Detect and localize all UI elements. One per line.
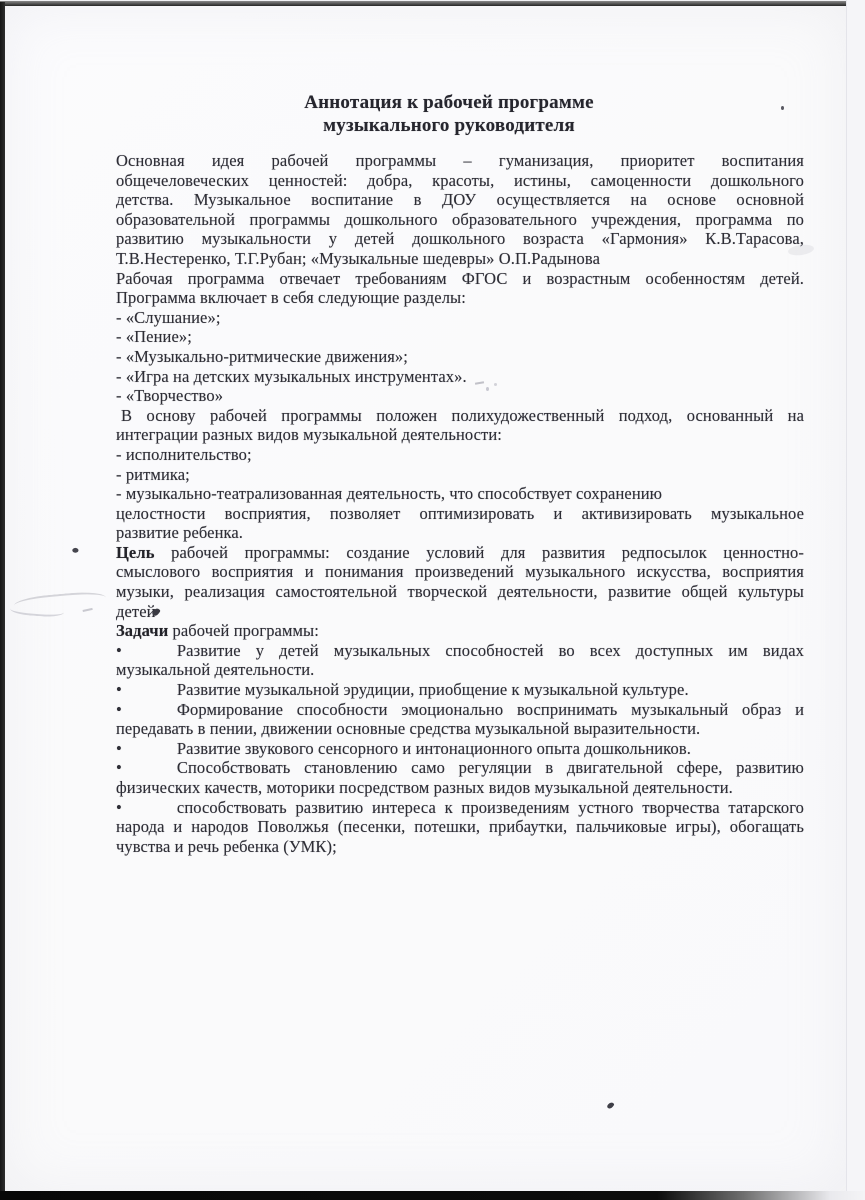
faint-mark-after-list-3	[494, 383, 497, 386]
text-segment: - «Пение»;	[116, 327, 192, 346]
text-line: - музыкально-театрализованная деятельнос…	[116, 484, 804, 504]
text-line: детей	[116, 602, 804, 622]
text-line: музыки, реализация самостоятельной творч…	[116, 582, 804, 602]
text-segment: Рабочая программа отвечает требованиям Ф…	[116, 269, 804, 288]
bullet-marker: •	[116, 739, 122, 759]
text-segment: детей	[116, 602, 156, 621]
ink-speck-top-right	[781, 106, 784, 110]
text-line: народа и народов Поволжья (песенки, поте…	[116, 817, 804, 837]
text-line: •Развитие у детей музыкальных способност…	[116, 641, 804, 661]
text-segment: Способствовать становлению само регуляци…	[177, 758, 804, 777]
text-segment: Развитие у детей музыкальных способносте…	[177, 641, 804, 660]
text-segment: смыслового восприятия и понимания произв…	[116, 562, 804, 581]
text-line: •способствовать развитию интереса к прои…	[116, 798, 804, 818]
text-line: Основная идея рабочей программы – гумани…	[116, 151, 804, 171]
paper-sheet: Аннотация к рабочей программе музыкально…	[4, 5, 847, 1193]
text-line: - «Пение»;	[116, 327, 804, 347]
text-segment: - «Музыкально-ритмические движения»;	[116, 347, 408, 366]
text-line: развитию музыкальности у детей дошкольно…	[116, 229, 804, 249]
text-line: развитие ребенка.	[116, 523, 804, 543]
text-line: чувства и речь ребенка (УМК);	[116, 837, 804, 857]
text-segment: Развитие звукового сенсорного и интонаци…	[177, 739, 691, 758]
text-segment: Формирование способности эмоционально во…	[177, 700, 804, 719]
document-title-line-2: музыкального руководителя	[105, 114, 793, 137]
text-line: передавать в пении, движении основные ср…	[116, 719, 804, 739]
text-segment: развитие ребенка.	[116, 523, 243, 542]
text-segment: - «Слушание»;	[116, 308, 221, 327]
text-line: - «Игра на детских музыкальных инструмен…	[116, 367, 804, 387]
text-segment: Программа включает в себя следующие разд…	[116, 288, 466, 307]
text-line: целостности восприятия, позволяет оптими…	[116, 504, 804, 524]
scanner-bed-right-margin	[846, 0, 865, 1192]
pencil-smudge-3	[81, 602, 92, 612]
text-segment: - ритмика;	[116, 465, 190, 484]
text-line: музыкальной деятельности.	[116, 660, 804, 680]
text-line: смыслового восприятия и понимания произв…	[116, 562, 804, 582]
bullet-marker: •	[116, 641, 122, 661]
text-line: детства. Музыкальное воспитание в ДОУ ос…	[116, 190, 804, 210]
text-segment: - музыкально-театрализованная деятельнос…	[116, 484, 662, 503]
text-segment: народа и народов Поволжья (песенки, поте…	[116, 817, 804, 836]
text-line: •Развитие звукового сенсорного и интонац…	[116, 739, 804, 759]
bold-text-segment: Задачи	[116, 621, 168, 640]
bullet-marker: •	[116, 680, 122, 700]
text-line: Рабочая программа отвечает требованиям Ф…	[116, 269, 804, 289]
text-segment: - «Творчество»	[116, 386, 223, 405]
text-line: В основу рабочей программы положен полих…	[116, 406, 804, 426]
text-segment: В основу рабочей программы положен полих…	[121, 406, 804, 425]
bullet-marker: •	[116, 758, 122, 778]
text-segment: интеграции разных видов музыкальной деят…	[116, 425, 502, 444]
text-segment: чувства и речь ребенка (УМК);	[116, 837, 337, 856]
text-line: - исполнительство;	[116, 445, 804, 465]
text-segment: целостности восприятия, позволяет оптими…	[116, 504, 804, 523]
document-content: Аннотация к рабочей программе музыкально…	[116, 91, 804, 856]
scanned-page: Аннотация к рабочей программе музыкально…	[0, 0, 865, 1200]
text-segment: музыкальной деятельности.	[116, 660, 314, 679]
bold-text-segment: Цель	[116, 543, 155, 562]
text-line: Программа включает в себя следующие разд…	[116, 288, 804, 308]
text-line: интеграции разных видов музыкальной деят…	[116, 425, 804, 445]
text-segment: способствовать развитию интереса к произ…	[177, 798, 804, 817]
text-segment: рабочей программы:	[168, 621, 319, 640]
text-line: •Формирование способности эмоционально в…	[116, 700, 804, 720]
text-segment: Основная идея рабочей программы – гумани…	[116, 151, 804, 170]
text-segment: Т.В.Нестеренко, Т.Г.Рубан; «Музыкальные …	[116, 249, 600, 268]
document-body: Основная идея рабочей программы – гумани…	[116, 151, 804, 856]
text-segment: общечеловеческих ценностей: добра, красо…	[116, 171, 804, 190]
bullet-marker: •	[116, 798, 122, 818]
text-segment: музыки, реализация самостоятельной творч…	[116, 582, 804, 601]
text-line: Задачи рабочей программы:	[116, 621, 804, 641]
scan-edge-top	[0, 1, 849, 6]
document-title-line-1: Аннотация к рабочей программе	[105, 91, 793, 114]
text-line: общечеловеческих ценностей: добра, красо…	[116, 171, 804, 191]
text-segment: образовательной программы дошкольного об…	[116, 210, 804, 229]
text-line: - «Музыкально-ритмические движения»;	[116, 347, 804, 367]
text-segment: Развитие музыкальной эрудиции, приобщени…	[177, 680, 689, 699]
text-line: - «Слушание»;	[116, 308, 804, 328]
text-segment: - исполнительство;	[116, 445, 252, 464]
text-segment: - «Игра на детских музыкальных инструмен…	[116, 367, 467, 386]
text-line: Цель рабочей программы: создание условий…	[116, 543, 804, 563]
document-title: Аннотация к рабочей программе музыкально…	[105, 91, 793, 137]
text-segment: развитию музыкальности у детей дошкольно…	[116, 229, 804, 248]
scan-edge-left	[0, 2, 5, 1200]
text-line: образовательной программы дошкольного об…	[116, 210, 804, 230]
text-line: •Способствовать становлению само регуляц…	[116, 758, 804, 778]
text-line: •Развитие музыкальной эрудиции, приобщен…	[116, 680, 804, 700]
ink-speck-bottom	[606, 1101, 614, 1110]
text-segment: передавать в пении, движении основные ср…	[116, 719, 700, 738]
text-segment: физических качеств, моторики посредством…	[116, 778, 733, 797]
text-segment: рабочей программы: создание условий для …	[155, 543, 804, 562]
text-line: - «Творчество»	[116, 386, 804, 406]
text-line: - ритмика;	[116, 465, 804, 485]
bullet-marker: •	[116, 700, 122, 720]
faint-mark-after-list-2	[486, 387, 489, 391]
text-line: физических качеств, моторики посредством…	[116, 778, 804, 798]
text-line: Т.В.Нестеренко, Т.Г.Рубан; «Музыкальные …	[116, 249, 804, 269]
scan-edge-bottom	[0, 1191, 865, 1200]
text-segment: детства. Музыкальное воспитание в ДОУ ос…	[116, 190, 804, 209]
